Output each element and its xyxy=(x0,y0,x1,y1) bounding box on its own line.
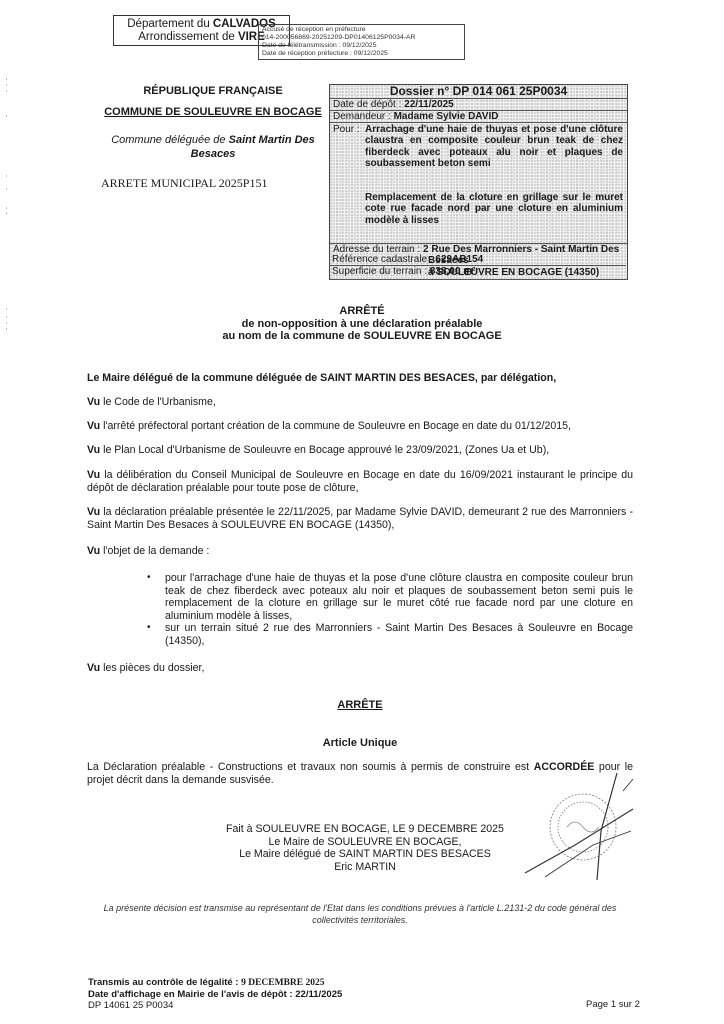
dossier-reference: DP 14061 25 P0034 xyxy=(88,1000,342,1011)
official-seal-and-signature xyxy=(505,765,635,885)
title-sub-1: de non-opposition à une déclaration préa… xyxy=(150,318,574,331)
ack-reference: 014-200056869-20251209-DP01406125P0034-A… xyxy=(262,34,415,42)
intro-paragraph: Le Maire délégué de la commune déléguée … xyxy=(87,372,633,385)
title-sub-2: au nom de la commune de SOULEUVRE EN BOC… xyxy=(150,330,574,343)
transmission-line: Transmis au contrôle de légalité : 9 DEC… xyxy=(88,977,342,989)
signature-place-date: Fait à SOULEUVRE EN BOCAGE, LE 9 DECEMBR… xyxy=(180,823,550,836)
purpose-item-1: Arrachage d'une haie de thuyas et pose d… xyxy=(365,124,623,169)
vu-code-urbanisme: Vu le Code de l'Urbanisme, xyxy=(87,396,633,409)
request-object-list: pour l'arrachage d'une haie de thuyas et… xyxy=(165,572,633,648)
delegated-commune: Commune déléguée de Saint Martin Des Bes… xyxy=(100,133,326,161)
signatory-name: Eric MARTIN xyxy=(180,861,550,874)
issuer-header: RÉPUBLIQUE FRANÇAISE COMMUNE DE SOULEUVR… xyxy=(100,84,326,161)
vu-objet: Vu l'objet de la demande : xyxy=(87,545,633,558)
legal-notice: La présente décision est transmise au re… xyxy=(87,903,633,926)
vu-arrete-prefectoral: Vu l'arrêté préfectoral portant création… xyxy=(87,420,633,433)
vu-plu: Vu le Plan Local d'Urbanisme de Souleuvr… xyxy=(87,444,633,457)
prefecture-acknowledgment-box: Accusé de réception en préfecture 014-20… xyxy=(258,24,465,60)
dossier-number: Dossier n° DP 014 061 25P0034 xyxy=(330,85,627,99)
signature-block: Fait à SOULEUVRE EN BOCAGE, LE 9 DECEMBR… xyxy=(180,823,550,873)
purpose-item-2: Remplacement de la cloture en grillage s… xyxy=(365,192,623,226)
applicant-value: Madame Sylvie DAVID xyxy=(394,111,499,122)
purpose-row: Pour : Arrachage d'une haie de thuyas et… xyxy=(330,123,627,244)
list-item: pour l'arrachage d'une haie de thuyas et… xyxy=(165,572,633,622)
vu-deliberation: Vu la délibération du Conseil Municipal … xyxy=(87,469,633,494)
signature-mayor-title: Le Maire de SOULEUVRE EN BOCAGE, xyxy=(180,836,550,849)
area-value: 838,00 m² xyxy=(430,266,476,277)
ack-reception-date: Date de réception préfecture : 09/12/202… xyxy=(262,50,388,58)
article-heading: Article Unique xyxy=(87,737,633,750)
cadastral-value: 629AB154 xyxy=(435,254,483,265)
deposit-date-value: 22/11/2025 xyxy=(404,99,454,110)
footer-block: Transmis au contrôle de légalité : 9 DEC… xyxy=(88,977,342,1012)
cadastral-label: Référence cadastrale : xyxy=(332,254,433,265)
arrete-heading: ARRÊTE xyxy=(87,699,633,712)
republic-label: RÉPUBLIQUE FRANÇAISE xyxy=(100,84,326,98)
title-main: ARRÊTÉ xyxy=(150,305,574,318)
applicant-row: Demandeur : Madame Sylvie DAVID xyxy=(330,111,627,123)
deposit-date-row: Date de dépôt : 22/11/2025 xyxy=(330,99,627,111)
margin-marks xyxy=(6,70,8,340)
ack-title: Accusé de réception en préfecture xyxy=(262,26,366,34)
cadastral-row: Référence cadastrale : 629AB154 xyxy=(332,254,483,265)
ack-transmission-date: Date de télétransmission : 09/12/2025 xyxy=(262,42,377,50)
commune-name: COMMUNE DE SOULEUVRE EN BOCAGE xyxy=(100,105,326,119)
vu-declaration: Vu la déclaration préalable présentée le… xyxy=(87,506,633,531)
purpose-label: Pour : xyxy=(333,124,360,135)
vu-pieces: Vu les pièces du dossier, xyxy=(87,662,633,675)
deposit-date-label: Date de dépôt : xyxy=(333,99,401,110)
document-title: ARRÊTÉ de non-opposition à une déclarati… xyxy=(150,305,574,343)
list-item: sur un terrain situé 2 rue des Marronnie… xyxy=(165,622,633,647)
signature-delegated-title: Le Maire délégué de SAINT MARTIN DES BES… xyxy=(180,848,550,861)
display-date-line: Date d'affichage en Mairie de l'avis de … xyxy=(88,989,342,1000)
area-row: Superficie du terrain : 838,00 m² xyxy=(332,266,475,277)
applicant-label: Demandeur : xyxy=(333,111,391,122)
area-label: Superficie du terrain : xyxy=(332,266,427,277)
page-number: Page 1 sur 2 xyxy=(586,999,640,1010)
dossier-box: Dossier n° DP 014 061 25P0034 Date de dé… xyxy=(329,84,628,280)
arrete-number: ARRETE MUNICIPAL 2025P151 xyxy=(101,176,267,191)
